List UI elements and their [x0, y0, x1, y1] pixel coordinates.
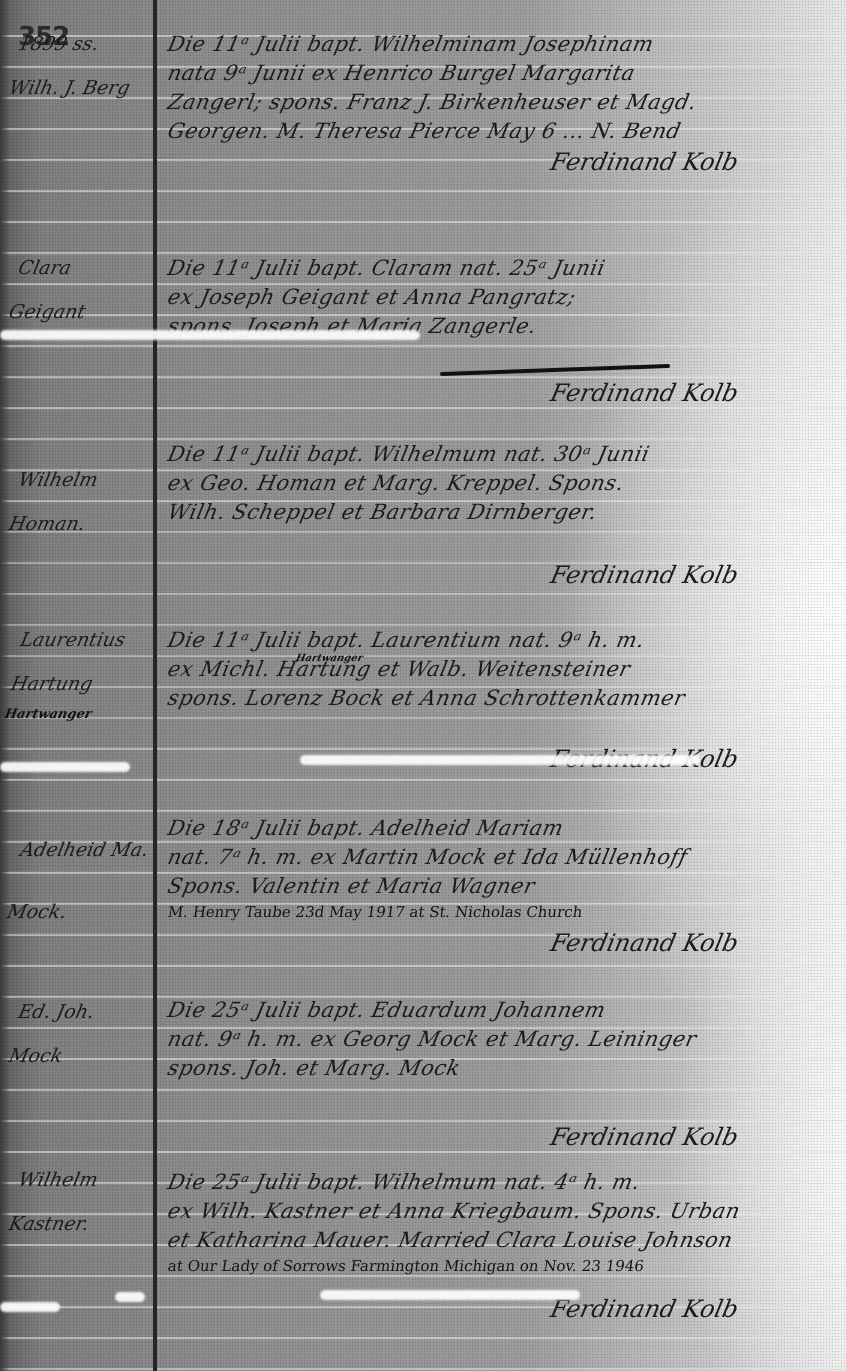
entry-line: Die 18ᵃ Julii bapt. Adelheid Mariam — [165, 814, 831, 843]
entry-line: Die 25ᵃ Julii bapt. Wilhelmum nat. 4ᵃ h.… — [165, 1168, 831, 1197]
baptism-entry-1: Die 11ᵃ Julii bapt. Wilhelminam Josephin… — [168, 30, 828, 182]
scan-smudge — [0, 1302, 60, 1312]
margin-line: 1899 ss. — [14, 22, 159, 66]
scan-smudge — [320, 1290, 580, 1300]
entry-line: nat. 9ᵃ h. m. ex Georg Mock et Marg. Lei… — [165, 1025, 831, 1054]
margin-name-5: Adelheid Ma. Mock. — [3, 828, 162, 934]
baptism-entry-7: Die 25ᵃ Julii bapt. Wilhelmum nat. 4ᵃ h.… — [168, 1168, 828, 1329]
entry-line: ex Michl. Hartung et Walb. Weitensteiner — [165, 655, 831, 684]
entry-line: ex Geo. Homan et Marg. Kreppel. Spons. — [165, 469, 831, 498]
entry-line: spons. Lorenz Bock et Anna Schrottenkamm… — [165, 684, 831, 713]
scan-smudge — [0, 762, 130, 772]
margin-line: Ed. Joh. — [14, 990, 159, 1034]
baptism-entry-6: Die 25ᵃ Julii bapt. Eduardum Johannem na… — [168, 996, 828, 1157]
priest-signature: Ferdinand Kolb — [164, 373, 833, 413]
margin-line: Hartung — [7, 662, 152, 706]
entry-line: Die 11ᵃ Julii bapt. Wilhelmum nat. 30ᵃ J… — [165, 440, 831, 469]
baptism-entry-5: Die 18ᵃ Julii bapt. Adelheid Mariam nat.… — [168, 814, 828, 963]
margin-line: Wilh. J. Berg — [5, 66, 150, 110]
margin-line: Mock. — [3, 890, 148, 934]
margin-line: Laurentius — [16, 618, 161, 662]
margin-line: Wilhelm — [14, 458, 159, 502]
scan-smudge — [115, 1292, 145, 1302]
priest-signature: Ferdinand Kolb — [164, 1117, 833, 1157]
entry-line: ex Wilh. Kastner et Anna Kriegbaum. Spon… — [165, 1197, 831, 1226]
entry-line: Zangerl; spons. Franz J. Birkenheuser et… — [165, 88, 831, 117]
margin-line: Clara — [14, 246, 159, 290]
margin-line: Homan. — [5, 502, 150, 546]
margin-line: Mock — [5, 1034, 150, 1078]
margin-name-6: Ed. Joh. Mock — [5, 990, 160, 1078]
entry-line: Wilh. Scheppel et Barbara Dirnberger. — [165, 498, 831, 527]
priest-signature: Ferdinand Kolb — [164, 142, 833, 182]
margin-line: Geigant — [5, 290, 150, 334]
margin-correction: Hartwanger — [3, 706, 143, 724]
entry-line: nat. 7ᵃ h. m. ex Martin Mock et Ida Müll… — [165, 843, 831, 872]
entry-line: spons. Joh. et Marg. Mock — [165, 1054, 831, 1083]
entry-line: Die 11ᵃ Julii bapt. Claram nat. 25ᵃ Juni… — [165, 254, 831, 283]
entry-line: Die 25ᵃ Julii bapt. Eduardum Johannem — [165, 996, 831, 1025]
scan-smudge — [300, 755, 700, 765]
margin-line: Kastner. — [5, 1202, 150, 1246]
margin-name-7: Wilhelm Kastner. — [5, 1158, 160, 1246]
entry-line: ex Joseph Geigant et Anna Pangratz; — [165, 283, 831, 312]
entry-line: Die 11ᵃ Julii bapt. Wilhelminam Josephin… — [165, 30, 831, 59]
marriage-annotation: M. Henry Taube 23d May 1917 at St. Nicho… — [166, 901, 829, 923]
priest-signature: Ferdinand Kolb — [164, 923, 833, 963]
entry-line: nata 9ᵃ Junii ex Henrico Burgel Margarit… — [165, 59, 831, 88]
entry-line: Die 11ᵃ Julii bapt. Laurentium nat. 9ᵃ h… — [165, 626, 831, 655]
entry-line: et Katharina Mauer. Married Clara Louise… — [165, 1226, 831, 1255]
baptism-entry-3: Die 11ᵃ Julii bapt. Wilhelmum nat. 30ᵃ J… — [168, 440, 828, 595]
scan-smudge — [0, 330, 420, 340]
margin-line: Adelheid Ma. — [16, 828, 161, 872]
priest-signature: Ferdinand Kolb — [164, 555, 833, 595]
margin-name-2: Clara Geigant — [5, 246, 160, 334]
margin-name-4: Laurentius Hartung Hartwanger — [3, 618, 162, 724]
page-binding-shadow — [0, 0, 10, 1371]
margin-line: Wilhelm — [14, 1158, 159, 1202]
margin-name-1: 1899 ss. Wilh. J. Berg — [5, 22, 160, 110]
margin-name-3: Wilhelm Homan. — [5, 458, 160, 546]
register-page: 352 1899 ss. Wilh. J. Berg Die 11ᵃ Julii… — [0, 0, 846, 1371]
entry-line: Spons. Valentin et Maria Wagner — [165, 872, 831, 901]
marriage-annotation: at Our Lady of Sorrows Farmington Michig… — [166, 1255, 829, 1277]
